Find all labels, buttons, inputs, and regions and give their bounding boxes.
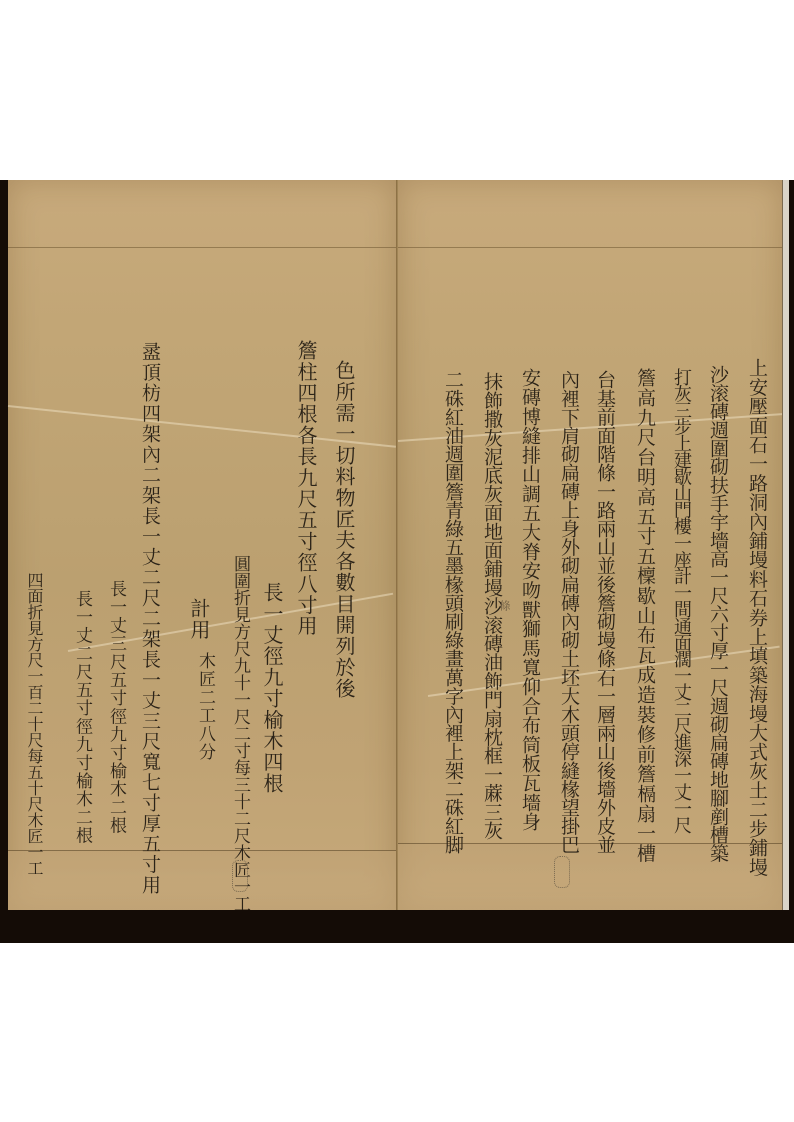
page-margin-line: [8, 850, 396, 851]
text-column: 四面折見方尺一百二十尺每五十尺木匠一工: [22, 572, 46, 876]
text-column: 計用: [185, 598, 213, 640]
text-column: 沙滚磚週圍砌扶手宇墻高一尺六寸厚一尺週砌扁磚地腳剷槽築: [704, 365, 731, 862]
left-page: 色所需一切料物匠夫各數目開列於後 簷柱四根各長九尺五寸徑八寸用 長一丈徑九寸榆木…: [8, 180, 397, 910]
text-column: 台基前面階條一路兩山並後簷砌墁條石一層兩山後墻外皮並: [591, 370, 618, 854]
text-column: 圓圍折見方尺九十一尺二寸每三十二尺木匠一工: [228, 555, 252, 912]
faint-stamp-mark: [554, 856, 570, 888]
text-column: 二硃紅油週圍簷青綠五墨椽頭刷綠畫萬字內裡上架二硃紅脚: [439, 370, 466, 854]
marginal-annotation: 條: [496, 600, 512, 611]
text-column: 安磚博縫排山調五大脊安吻獸獅馬寬仰合布筒板瓦墻身: [516, 368, 543, 831]
text-column: 簷高九尺台明高五寸五檁歇山布瓦成造裝修前簷槅扇一槽: [631, 368, 658, 863]
right-page: 上安壓面石一路洞內鋪墁料石券上填築海墁大式灰土二步鋪墁 沙滚磚週圍砌扶手宇墻高一…: [397, 180, 783, 910]
text-column: 長一丈徑九寸榆木四根: [258, 582, 286, 794]
page-margin-line: [8, 247, 396, 248]
text-column: 長一丈三尺五寸徑九寸榆木二根: [102, 580, 130, 835]
book-edge: [782, 180, 789, 910]
book-scan: 色所需一切料物匠夫各數目開列於後 簷柱四根各長九尺五寸徑八寸用 長一丈徑九寸榆木…: [0, 180, 794, 943]
text-column: 木匠二工八分: [191, 652, 219, 761]
page-margin-line: [398, 247, 783, 248]
text-column: 簷柱四根各長九尺五寸徑八寸用: [292, 340, 320, 637]
text-column: 色所需一切料物匠夫各數目開列於後: [330, 360, 358, 699]
text-column: 內裡下肩砌扁磚上身外砌扁磚內砌土坯大木頭停縫椽望掛巴: [555, 370, 582, 854]
faint-stamp-mark: [232, 860, 248, 892]
text-column: 上安壓面石一路洞內鋪墁料石券上填築海墁大式灰土二步鋪墁: [743, 358, 770, 876]
bottom-margin: [8, 851, 396, 910]
text-column: 打灰三步上建歇山門樓一座計一間通面濶一丈二尺進深一丈一尺: [668, 368, 694, 833]
text-column: 盝頂枋四架內二架長一丈二尺二架長一丈三尺寬七寸厚五寸用: [136, 342, 163, 896]
text-column: 長一丈二尺五寸徑九寸榆木二根: [68, 590, 96, 845]
